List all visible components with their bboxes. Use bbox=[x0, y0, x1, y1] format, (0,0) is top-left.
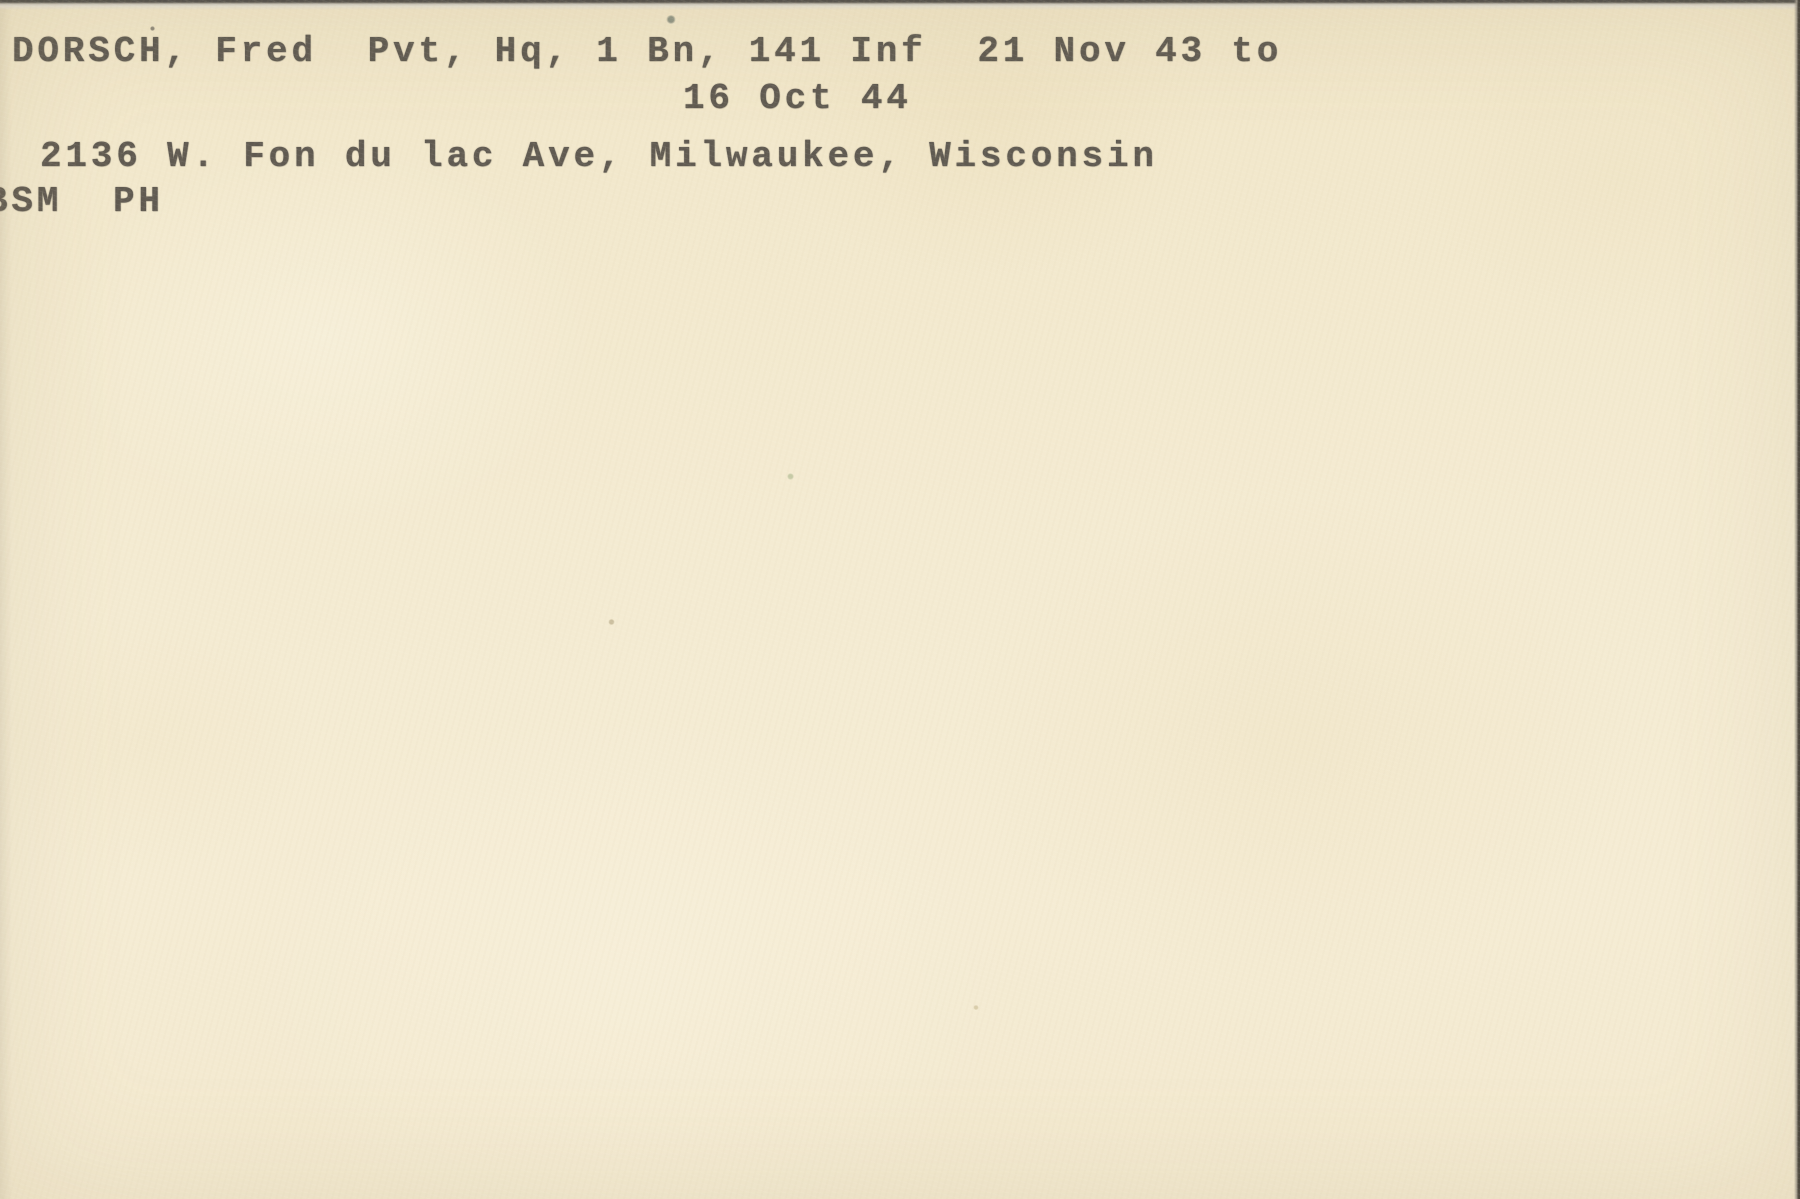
paper-blemish bbox=[973, 1005, 979, 1010]
paper-blemish bbox=[608, 619, 615, 625]
scan-top-edge bbox=[0, 0, 1800, 10]
ink-speck bbox=[666, 15, 676, 24]
line-end-date: 16 Oct 44 bbox=[683, 78, 912, 120]
scan-left-shadow bbox=[0, 0, 12, 1199]
line-name-rank-unit-dates: DORSCH, Fred Pvt, Hq, 1 Bn, 141 Inf 21 N… bbox=[12, 31, 1282, 73]
line-home-address: 2136 W. Fon du lac Ave, Milwaukee, Wisco… bbox=[40, 136, 1158, 178]
scan-right-edge bbox=[1794, 0, 1800, 1199]
paper-blemish bbox=[787, 473, 794, 480]
scanned-index-card: DORSCH, Fred Pvt, Hq, 1 Bn, 141 Inf 21 N… bbox=[0, 0, 1800, 1199]
line-awards: BSM PH bbox=[0, 181, 164, 223]
scan-vignette bbox=[0, 0, 1800, 1199]
